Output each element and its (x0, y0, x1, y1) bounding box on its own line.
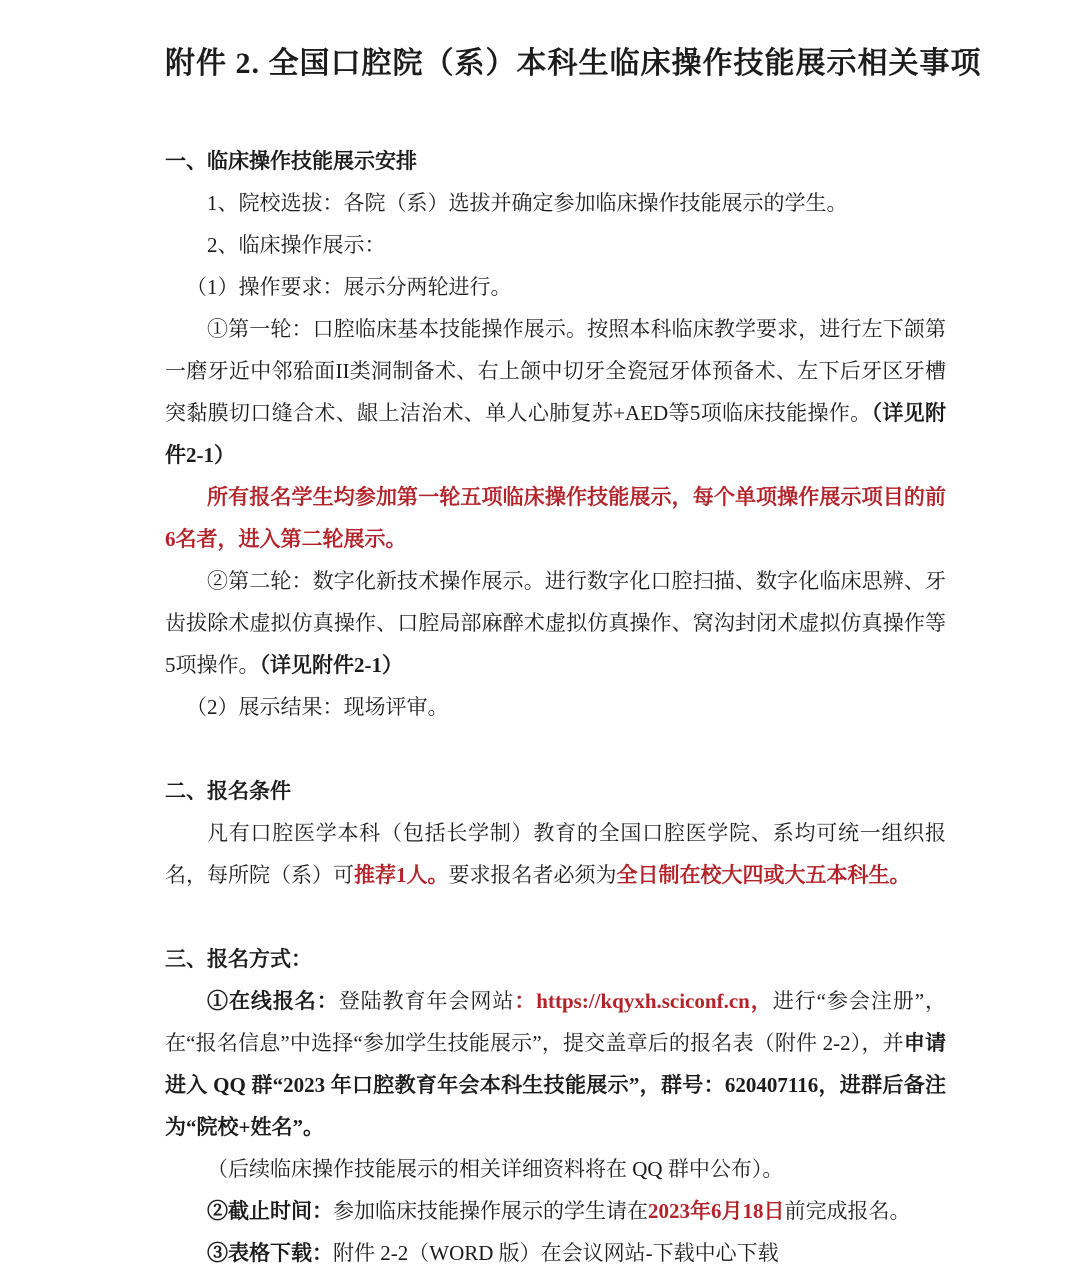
form-download-label: ③表格下载： (207, 1241, 333, 1265)
item-school-selection: 1、院校选拔：各院（系）选拔并确定参加临床操作技能展示的学生。 (165, 182, 946, 224)
paragraph-round2: ②第二轮：数字化新技术操作展示。进行数字化口腔扫描、数字化临床思辨、牙齿拔除术虚… (165, 560, 946, 686)
online-registration-text-1: 登陆教育年会网站 (339, 989, 515, 1013)
paragraph-eligibility: 凡有口腔医学本科（包括长学制）教育的全国口腔医学院、系均可统一组织报名，每所院（… (165, 812, 946, 896)
deadline-date-emphasis: 2023年6月18日 (648, 1199, 785, 1223)
deadline-text-2: 前完成报名。 (785, 1199, 911, 1223)
paragraph-form-download: ③表格下载：附件 2-2（WORD 版）在会议网站-下载中心下载 (165, 1232, 946, 1274)
item-operation-requirement: （1）操作要求：展示分两轮进行。 (165, 266, 946, 308)
section2-heading: 二、报名条件 (165, 770, 946, 812)
registration-website-url: ：https://kqyxh.sciconf.cn， (514, 989, 772, 1013)
item-demo-result: （2）展示结果：现场评审。 (165, 686, 946, 728)
document-title: 附件 2. 全国口腔院（系）本科生临床操作技能展示相关事项 (165, 44, 946, 84)
document-page: 附件 2. 全国口腔院（系）本科生临床操作技能展示相关事项 一、临床操作技能展示… (0, 0, 1080, 1274)
deadline-text-1: 参加临床技能操作展示的学生请在 (333, 1199, 648, 1223)
item-clinical-demo: 2、临床操作展示： (165, 224, 946, 266)
paragraph-round1: ①第一轮：口腔临床基本技能操作展示。按照本科临床教学要求，进行左下颌第一磨牙近中… (165, 308, 946, 476)
occlusal-he-character: 𬌗 (293, 359, 314, 383)
deadline-label: ②截止时间： (207, 1199, 333, 1223)
see-attachment-2-1-note: （详见附件2-1） (260, 653, 404, 677)
eligibility-text-2: 要求报名者必须为 (449, 863, 617, 887)
form-download-text: 附件 2-2（WORD 版）在会议网站-下载中心下载 (333, 1241, 779, 1265)
paragraph-advance-rule-red-note: 所有报名学生均参加第一轮五项临床操作技能展示，每个单项操作展示项目的前6名者，进… (165, 476, 946, 560)
section1-heading: 一、临床操作技能展示安排 (165, 140, 946, 182)
paragraph-qq-note: （后续临床操作技能展示的相关详细资料将在 QQ 群中公布）。 (165, 1148, 946, 1190)
paragraph-deadline: ②截止时间：参加临床技能操作展示的学生请在2023年6月18日前完成报名。 (165, 1190, 946, 1232)
online-registration-label: ①在线报名： (207, 989, 339, 1013)
section3-heading: 三、报名方式： (165, 938, 946, 980)
fulltime-student-emphasis: 全日制在校大四或大五本科生。 (617, 863, 911, 887)
paragraph-online-registration: ①在线报名：登陆教育年会网站：https://kqyxh.sciconf.cn，… (165, 980, 946, 1148)
recommend-one-person-emphasis: 推荐1人。 (354, 863, 449, 887)
